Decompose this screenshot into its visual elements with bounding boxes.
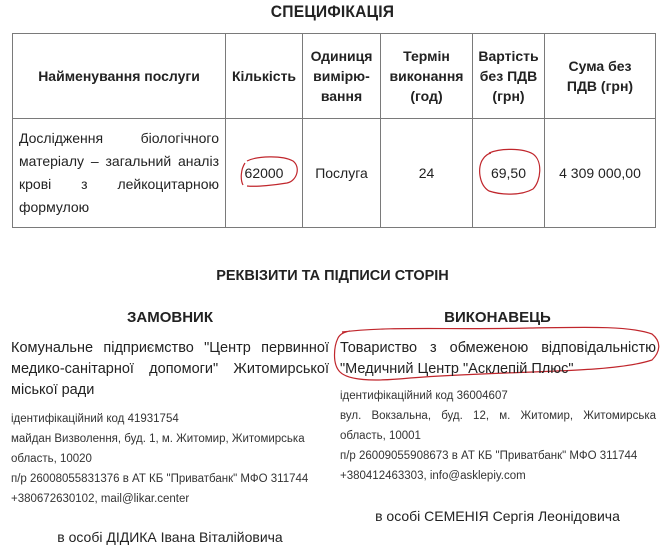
contractor-details: ідентифікаційний код 36004607 вул. Вокза… [340,386,656,486]
contractor-address: вул. Вокзальна, буд. 12, м. Житомир, Жит… [340,406,656,446]
customer-heading: ЗАМОВНИК [10,309,330,326]
table-row: Дослідження біологічного матеріалу – заг… [13,119,656,228]
header-service-name: Найменування послуги [13,34,226,119]
customer-id-code: ідентифікаційний код 41931754 [11,409,331,429]
contractor-contacts: +380412463303, info@asklepiy.com [340,466,656,486]
header-term: Термін виконання (год) [381,34,473,119]
cell-quantity: 62000 [226,119,303,228]
header-line: ПДВ (грн) [549,76,651,96]
header-line: вимірю- [307,66,376,86]
header-price: Вартість без ПДВ (грн) [473,34,545,119]
customer-address: майдан Визволення, буд. 1, м. Житомир, Ж… [11,429,331,469]
header-sum: Сума без ПДВ (грн) [545,34,656,119]
header-line: (грн) [477,86,540,106]
customer-contacts: +380672630102, mail@likar.center [11,489,331,509]
cell-price: 69,50 [473,119,545,228]
customer-name: Комунальне підприємство "Центр первинної… [11,338,329,401]
cell-service: Дослідження біологічного матеріалу – заг… [13,119,226,228]
header-line: без ПДВ [477,66,540,86]
cell-sum: 4 309 000,00 [545,119,656,228]
circled-quantity: 62000 [245,163,284,183]
header-line: виконання [385,66,468,86]
table-header-row: Найменування послуги Кількість Одиниця в… [13,34,656,119]
specification-table: Найменування послуги Кількість Одиниця в… [12,33,656,228]
contractor-account: п/р 26009055908673 в АТ КБ "Приватбанк" … [340,446,656,466]
customer-account: п/р 26008055831376 в АТ КБ "Приватбанк" … [11,469,331,489]
cell-term: 24 [381,119,473,228]
circled-price: 69,50 [491,163,526,183]
header-line: Термін [385,46,468,66]
contractor-id-code: ідентифікаційний код 36004607 [340,386,656,406]
price-value: 69,50 [491,165,526,181]
customer-signatory: в особі ДІДИКА Івана Віталійовича [10,529,330,545]
header-quantity: Кількість [226,34,303,119]
requisites-title: РЕКВІЗИТИ ТА ПІДПИСИ СТОРІН [0,268,665,284]
quantity-value: 62000 [245,165,284,181]
specification-title: СПЕЦИФІКАЦІЯ [27,2,639,22]
customer-details: ідентифікаційний код 41931754 майдан Виз… [11,409,331,509]
header-line: Вартість [477,46,540,66]
contractor-name: Товариство з обмеженою відповідальністю … [340,338,656,380]
header-line: Сума без [549,56,651,76]
header-line: вання [307,86,376,106]
header-line: Одиниця [307,46,376,66]
header-unit: Одиниця вимірю- вання [303,34,381,119]
header-line: (год) [385,86,468,106]
contractor-signatory: в особі СЕМЕНІЯ Сергія Леонідовича [335,508,660,524]
cell-unit: Послуга [303,119,381,228]
